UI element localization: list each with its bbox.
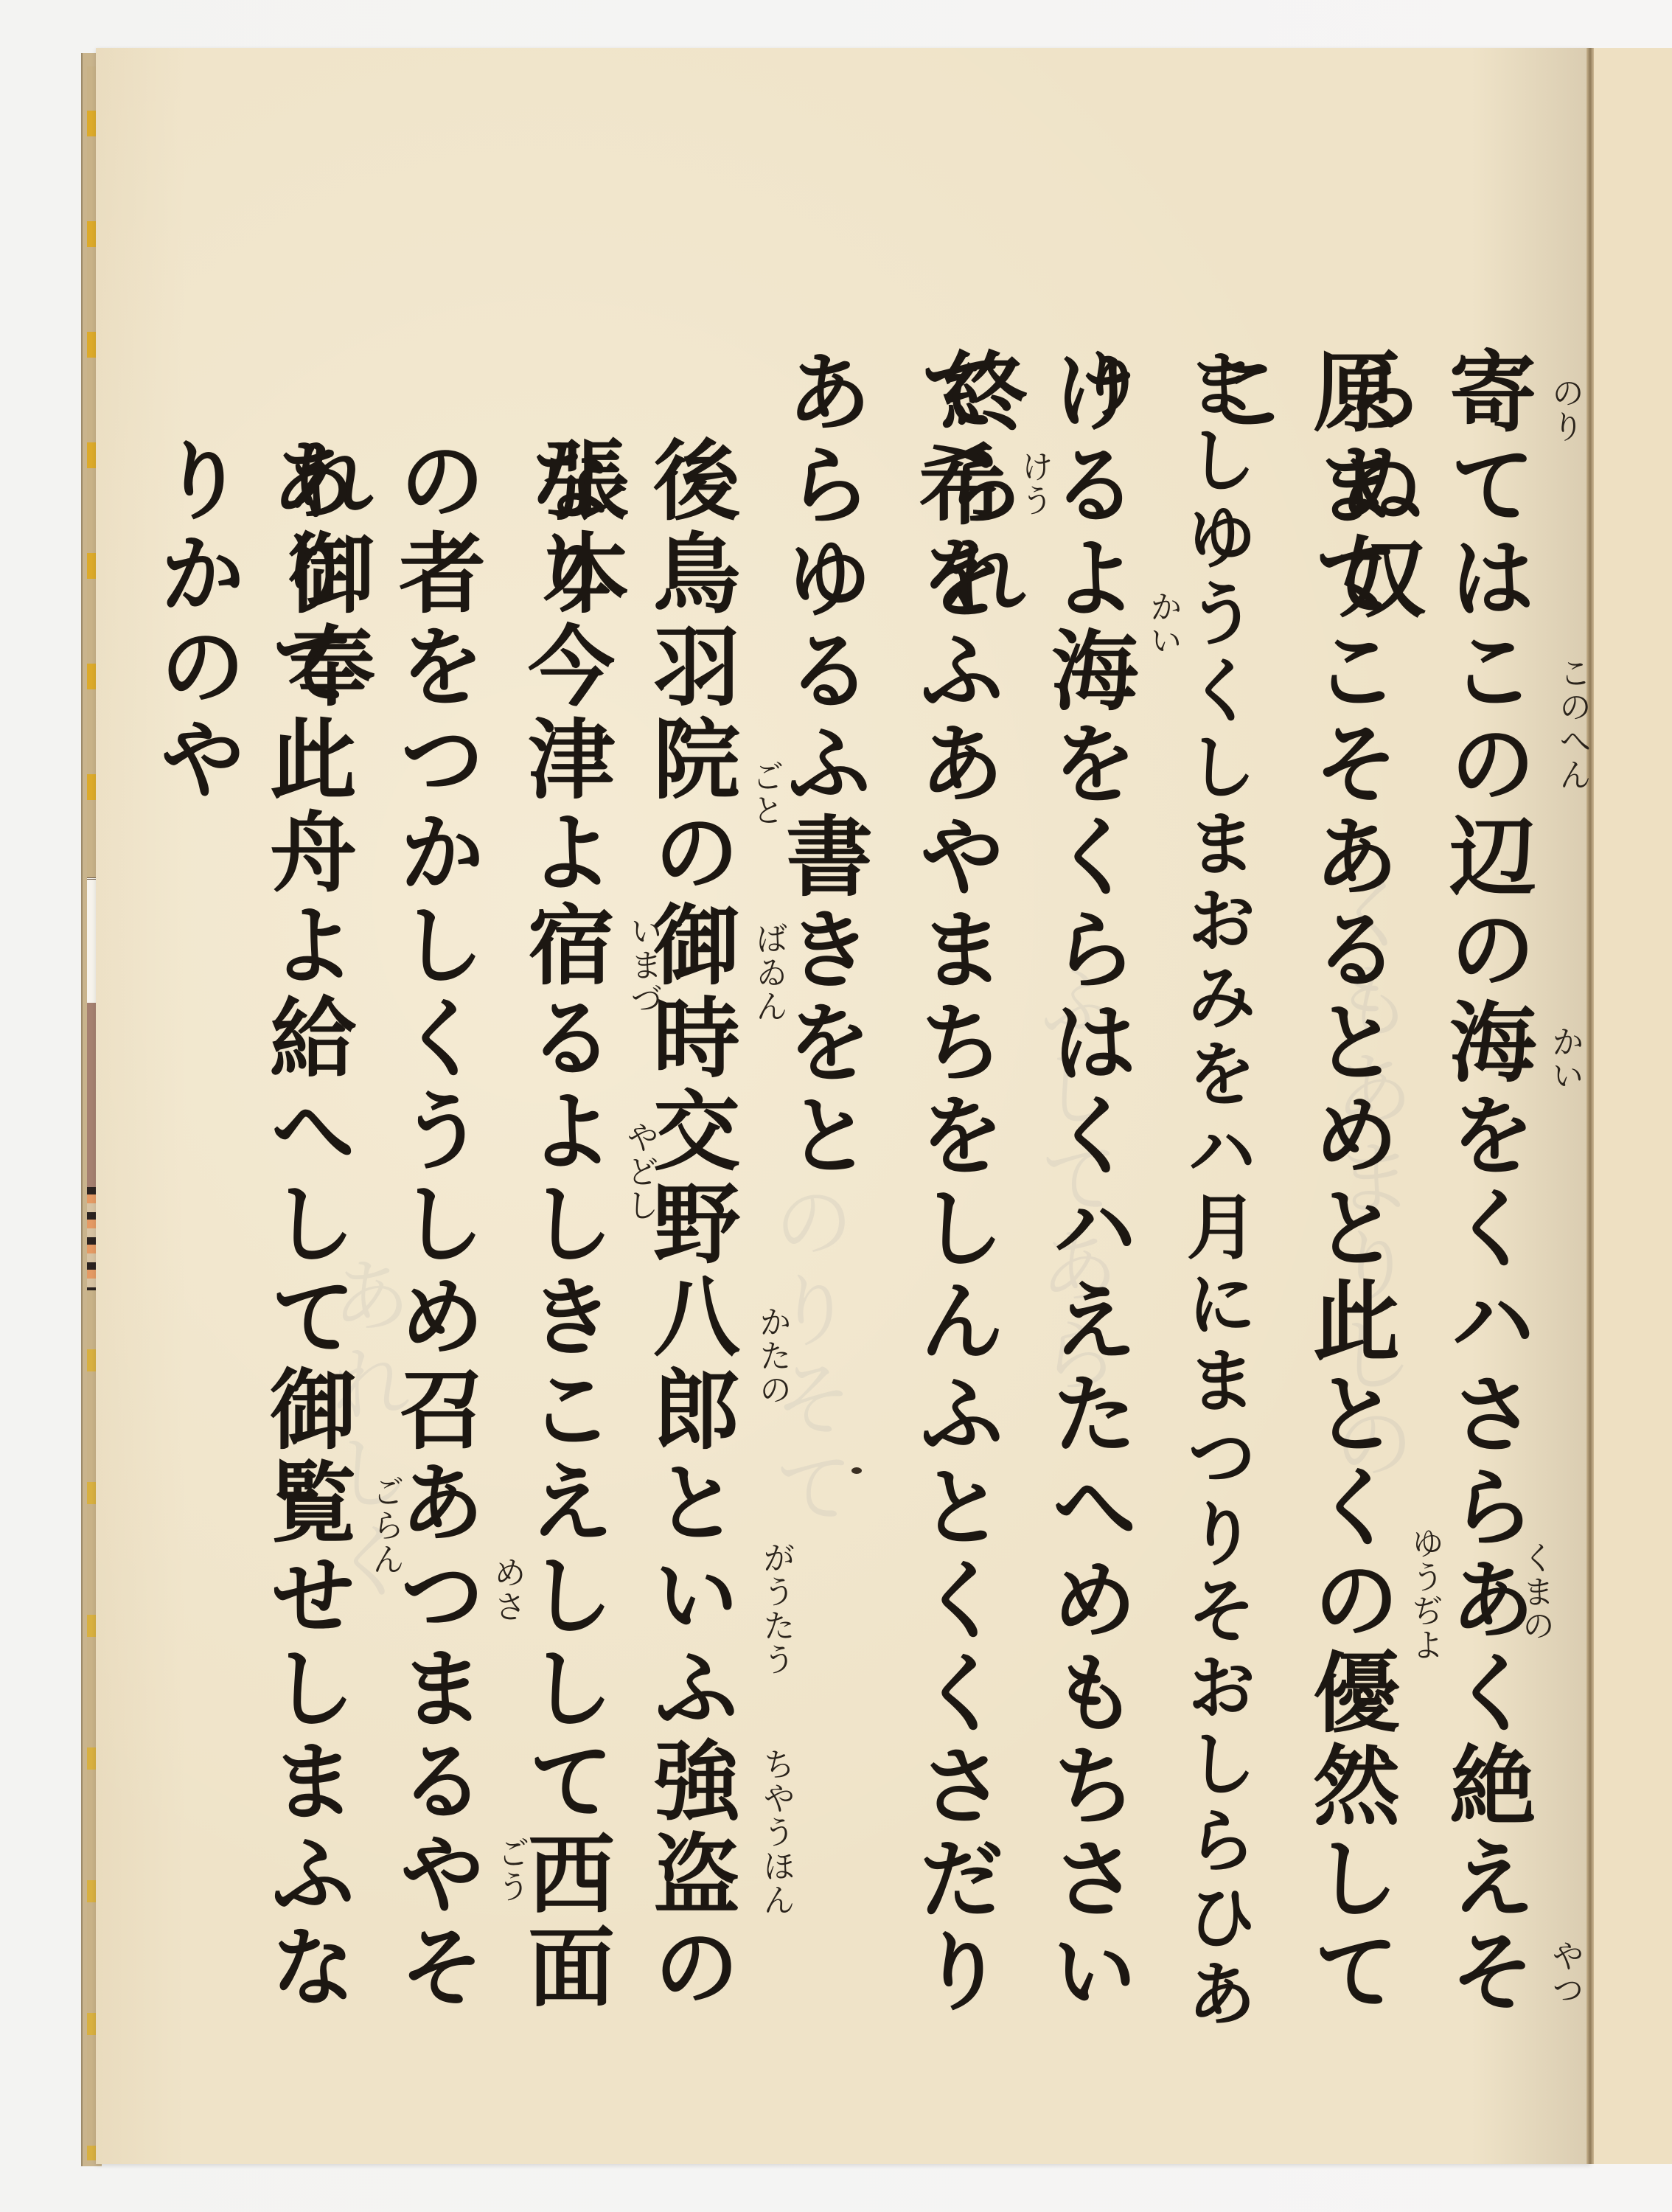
- furigana-gloss: ゆうぢよ: [1401, 1526, 1448, 1662]
- text-column-9: の者をつかしくうしめ召あつまるやそれ御奉: [380, 435, 490, 2101]
- furigana-gloss: ごと: [741, 759, 788, 827]
- text-column-7: 後鳥羽院の御時交野八郎といふ強盗の張本: [634, 435, 745, 2101]
- furigana-gloss: ごらん: [361, 1475, 408, 1576]
- furigana-gloss: やつ: [1541, 1939, 1588, 2007]
- text-column-10: ありて此舟よ給へして御覧せしまふなりかのや: [251, 435, 361, 2101]
- furigana-gloss: のり: [1541, 376, 1588, 444]
- furigana-gloss: めさ: [483, 1556, 530, 1624]
- furigana-gloss: いまづ: [619, 914, 666, 1016]
- furigana-gloss: かたの: [748, 1305, 795, 1407]
- furigana-gloss: ごう: [487, 1836, 534, 1904]
- text-column-2: 原まてこそあるとめと此とくの優然してこ: [1294, 347, 1404, 2101]
- furigana-gloss: けう: [1010, 450, 1057, 518]
- furigana-gloss: ばゐん: [745, 922, 792, 1023]
- text-column-1: 寄てはこの辺の海をくハさらあく絶えそらぬ奴: [1430, 347, 1541, 2101]
- furigana-gloss: がうたう: [752, 1541, 799, 1677]
- furigana-gloss: かい: [1541, 1025, 1588, 1093]
- furigana-gloss: かい: [1139, 590, 1186, 658]
- text-column-5: て希をふあやまちをしんふとくくさだり: [899, 347, 1010, 2101]
- calligraphy-text-block: 寄てはこの辺の海をくハさらあく絶えそらぬ奴 原まてこそあるとめと此とくの優然して…: [221, 347, 1563, 2101]
- furigana-gloss: このへん: [1548, 656, 1595, 792]
- furigana-gloss: やどし: [616, 1121, 663, 1222]
- furigana-gloss: くまの: [1511, 1541, 1558, 1643]
- book-gutter: [1586, 48, 1594, 2164]
- ink-speck: [851, 1467, 862, 1474]
- text-column-4: けるよ海をくらはくハえたへめもちさい終られ: [1032, 347, 1143, 2101]
- facing-page-edge: [1594, 48, 1672, 2164]
- furigana-gloss: ちやうほん: [752, 1747, 799, 1917]
